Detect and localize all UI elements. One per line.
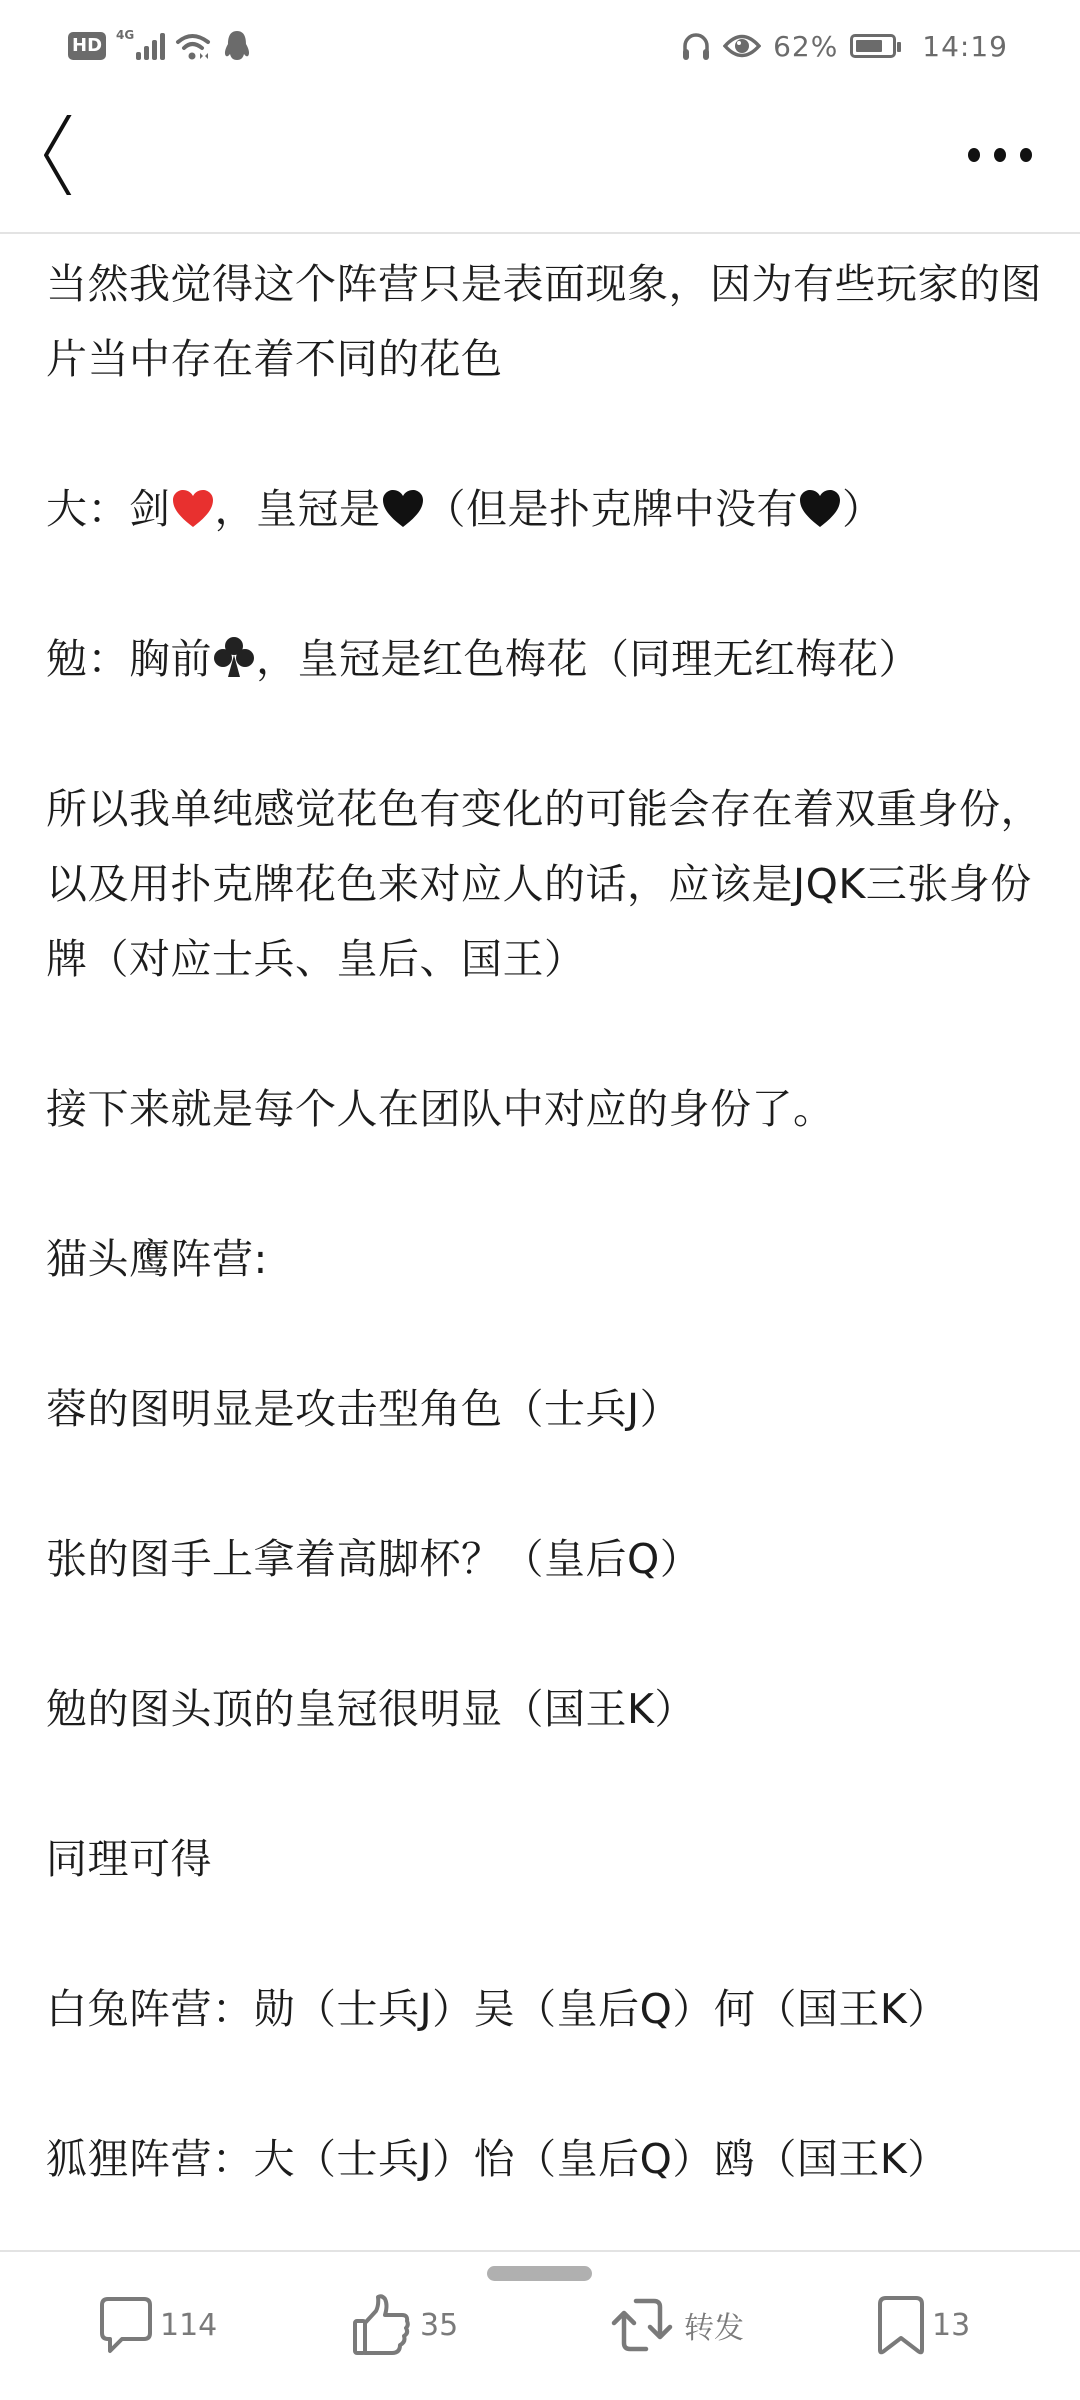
4g-signal-icon: 4G (116, 32, 165, 60)
paragraph: 白兔阵营：勋（士兵J）吴（皇后Q）何（国王K） (46, 1972, 1046, 2047)
headphones-icon (681, 31, 711, 61)
status-right: 62% 14:19 (681, 28, 1008, 64)
paragraph: 勉：胸前，皇冠是红色梅花（同理无红梅花） (46, 622, 1046, 697)
red-heart-icon (171, 489, 215, 529)
bookmark-icon (876, 2294, 926, 2356)
paragraph: 当然我觉得这个阵营只是表面现象，因为有些玩家的图片当中存在着不同的花色 (46, 247, 1046, 397)
post-body: 当然我觉得这个阵营只是表面现象，因为有些玩家的图片当中存在着不同的花色 大：剑，… (46, 247, 1046, 2272)
paragraph: 猫头鹰阵营: (46, 1222, 1046, 1297)
club-icon (212, 635, 256, 679)
paragraph: 接下来就是每个人在团队中对应的身份了。 (46, 1072, 1046, 1147)
comment-button[interactable]: 114 (98, 2290, 217, 2360)
paragraph: 所以我单纯感觉花色有变化的可能会存在着双重身份，以及用扑克牌花色来对应人的话，应… (46, 772, 1046, 997)
repost-button[interactable]: 转发 (608, 2290, 744, 2360)
drag-handle[interactable] (487, 2266, 592, 2281)
repost-icon (608, 2295, 678, 2355)
paragraph: 同理可得 (46, 1822, 1046, 1897)
more-dots-icon (960, 135, 1040, 175)
like-button[interactable]: 35 (352, 2290, 458, 2360)
battery-icon (850, 34, 896, 58)
top-nav-bar (0, 95, 1080, 234)
more-options-button[interactable] (960, 135, 1040, 175)
paragraph: 勉的图头顶的皇冠很明显（国王K） (46, 1672, 1046, 1747)
eye-icon (723, 33, 761, 59)
back-button[interactable] (30, 115, 90, 195)
bottom-action-bar: 114 35 转发 13 (0, 2250, 1080, 2400)
paragraph: 张的图手上拿着高脚杯？（皇后Q） (46, 1522, 1046, 1597)
black-heart-icon (381, 489, 425, 529)
hd-icon: HD (68, 32, 106, 60)
paragraph: 狐狸阵营：大（士兵J）怡（皇后Q）鸥（国王K） (46, 2122, 1046, 2197)
battery-percent: 62% (773, 30, 838, 63)
comment-icon (98, 2295, 154, 2355)
chevron-left-icon (30, 115, 90, 195)
thumbs-up-icon (352, 2293, 414, 2357)
wifi-icon (175, 31, 213, 61)
bookmark-button[interactable]: 13 (876, 2290, 970, 2360)
paragraph: 大：剑，皇冠是（但是扑克牌中没有） (46, 472, 1046, 547)
status-left: HD 4G (68, 28, 251, 64)
black-heart-icon (798, 489, 842, 529)
clock: 14:19 (922, 30, 1008, 63)
status-bar: HD 4G 62% 14:19 (0, 0, 1080, 95)
qq-penguin-icon (223, 30, 251, 62)
paragraph: 蓉的图明显是攻击型角色（士兵J） (46, 1372, 1046, 1447)
